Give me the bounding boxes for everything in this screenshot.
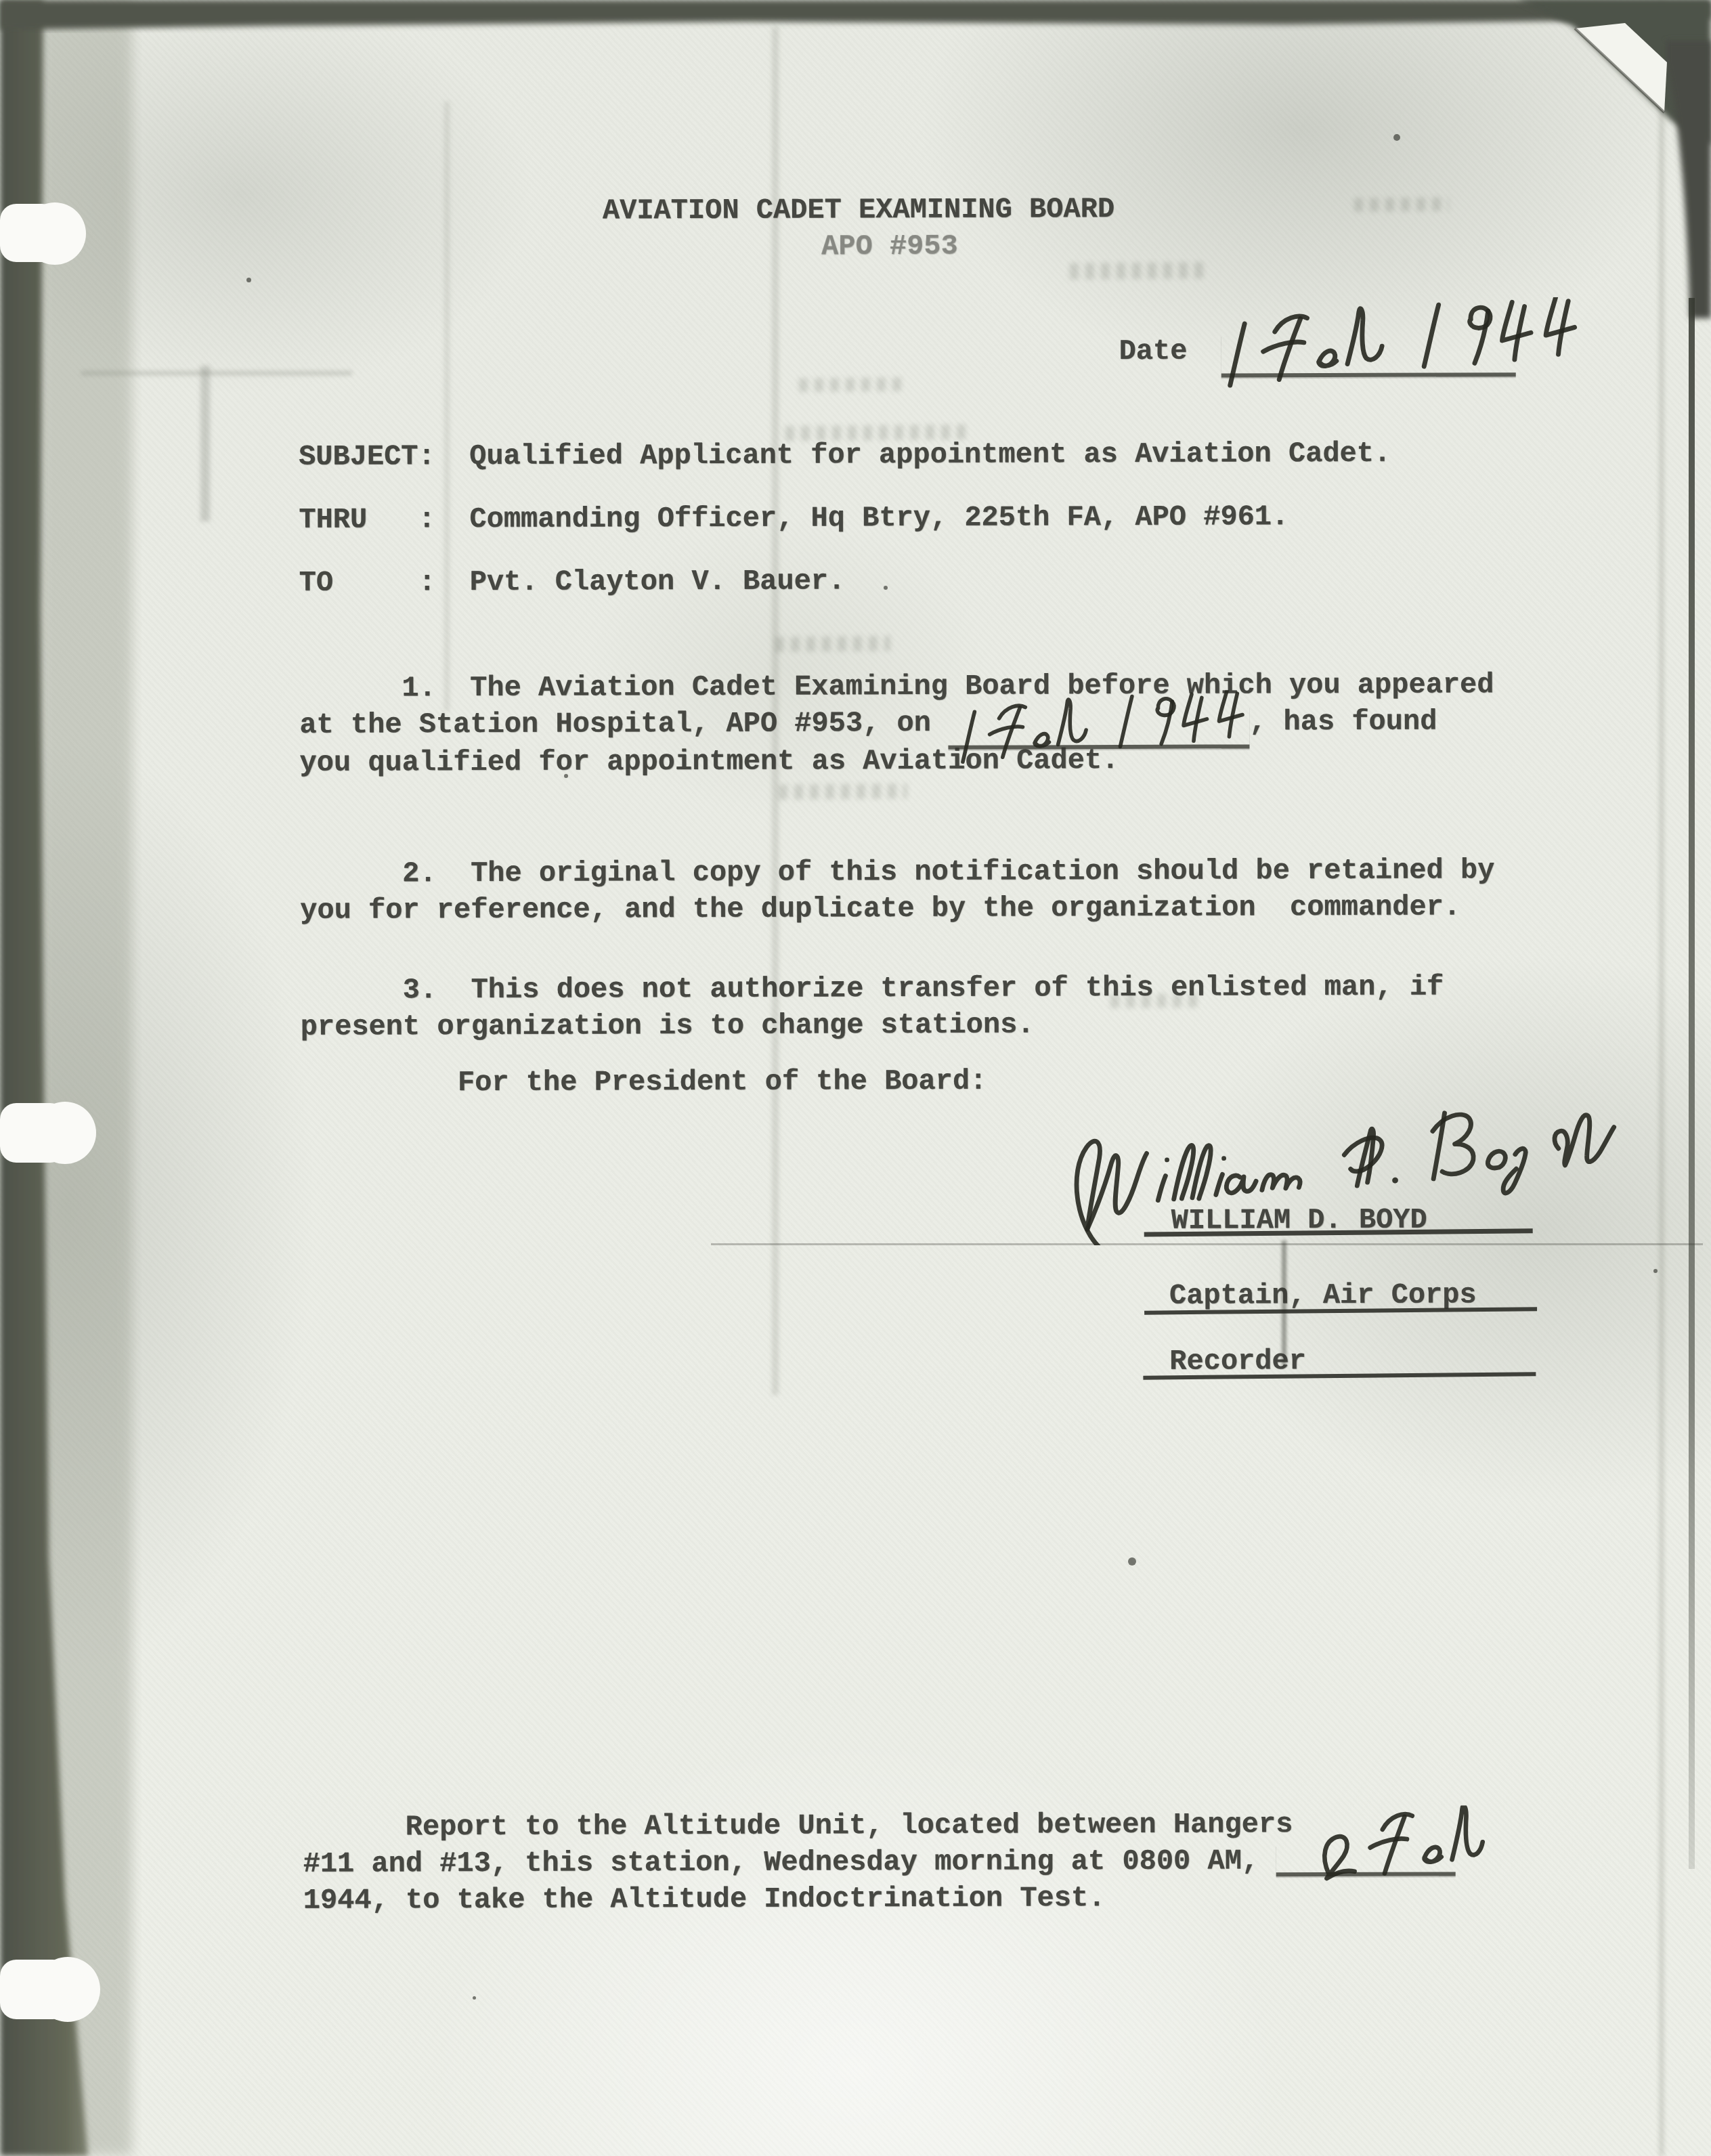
signer-title-line: Captain, Air Corps <box>1169 1279 1477 1311</box>
para1-line2-post: , has found <box>1249 706 1437 738</box>
date-blank <box>1221 335 1515 377</box>
subject-line: SUBJECT: Qualified Applicant for appoint… <box>299 438 1391 473</box>
para1-line2-pre: at the Station Hospital, APO #953, on <box>299 708 948 741</box>
para1-line3: you qualified for appointment as Aviatio… <box>299 745 1119 779</box>
footer-line2-pre: #11 and #13, this station, Wednesday mor… <box>303 1845 1276 1880</box>
para3-line1: 3. This does not authorize transfer of t… <box>301 971 1444 1006</box>
footer-line3: 1944, to take the Altitude Indoctrinatio… <box>303 1882 1106 1916</box>
para2-line1: 2. The original copy of this notificatio… <box>300 855 1494 890</box>
footer-line2: #11 and #13, this station, Wednesday mor… <box>303 1845 1456 1879</box>
thru-line: THRU : Commanding Officer, Hq Btry, 225t… <box>299 501 1288 536</box>
date-line: Date <box>1119 335 1516 378</box>
date-label: Date <box>1119 336 1188 367</box>
signer-role-line: Recorder <box>1169 1345 1306 1377</box>
scanned-document: AVIATION CADET EXAMINING BOARD APO #953 … <box>0 0 1711 2156</box>
para2-line2: you for reference, and the duplicate by … <box>300 891 1460 926</box>
exam-date-blank <box>948 706 1249 749</box>
para3-line2: present organization is to change statio… <box>301 1009 1035 1042</box>
footer-line1: Report to the Altitude Unit, located bet… <box>303 1809 1293 1843</box>
for-president-line: For the President of the Board: <box>458 1066 987 1098</box>
document-text: AVIATION CADET EXAMINING BOARD APO #953 … <box>0 0 1711 2156</box>
para1-line1: 1. The Aviation Cadet Examining Board be… <box>299 669 1494 704</box>
org-apo-line: APO #953 <box>821 231 958 263</box>
org-name-line: AVIATION CADET EXAMINING BOARD <box>603 194 1114 226</box>
report-date-blank <box>1276 1845 1455 1876</box>
to-line: TO : Pvt. Clayton V. Bauer. <box>299 565 846 599</box>
